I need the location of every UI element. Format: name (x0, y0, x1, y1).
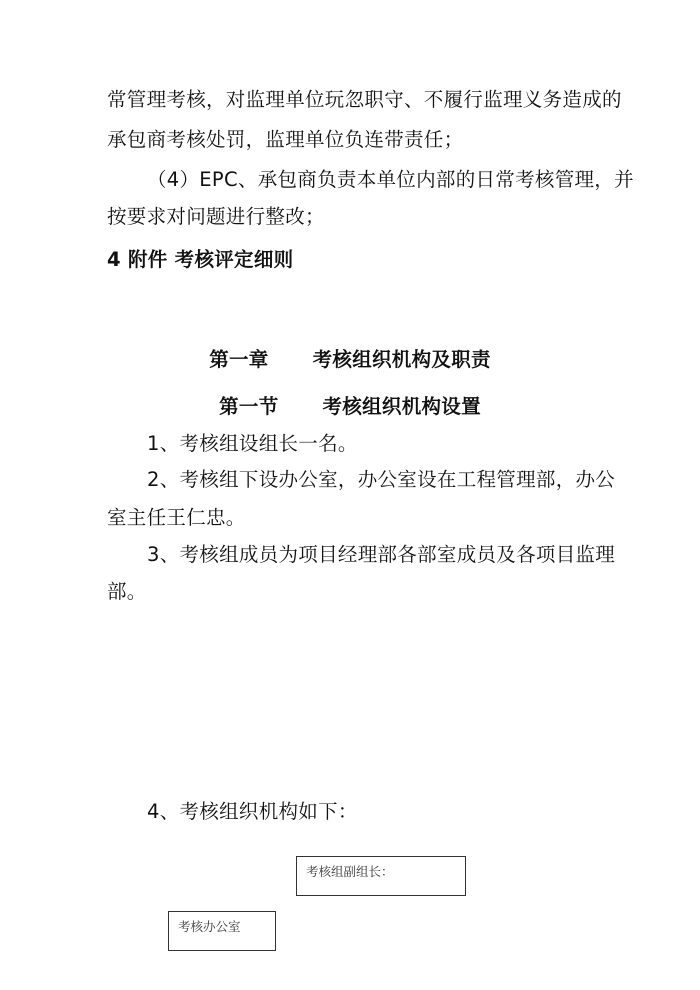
paragraph-line: （4）EPC、承包商负责本单位内部的日常考核管理，并 (147, 168, 634, 192)
chapter-heading: 第一章考核组织机构及职责 (0, 348, 700, 372)
paragraph-line: 承包商考核处罚，监理单位负连带责任； (107, 128, 463, 152)
list-item-3-cont: 部。 (107, 580, 147, 604)
section-number: 第一节 (219, 395, 278, 418)
paragraph-line: 常管理考核，对监理单位玩忽职守、不履行监理义务造成的 (107, 88, 622, 112)
appendix-heading: 4 附件 考核评定细则 (107, 248, 293, 272)
list-item-2-cont: 室主任王仁忠。 (107, 506, 246, 530)
list-item-3: 3、考核组成员为项目经理部各部室成员及各项目监理 (147, 543, 615, 567)
list-item-1: 1、考核组设组长一名。 (147, 432, 358, 456)
list-item-4: 4、考核组织机构如下： (147, 800, 358, 824)
paragraph-line: 按要求对问题进行整改； (107, 205, 325, 229)
org-box-deputy-leader: 考核组副组长： (296, 856, 466, 896)
org-box-label: 考核组副组长： (306, 862, 394, 880)
chapter-title: 考核组织机构及职责 (313, 348, 491, 371)
section-title: 考核组织机构设置 (323, 395, 481, 418)
org-box-label: 考核办公室 (178, 917, 241, 935)
chapter-number: 第一章 (209, 348, 268, 371)
org-box-office: 考核办公室 (168, 911, 276, 951)
section-heading: 第一节考核组织机构设置 (0, 395, 700, 419)
list-item-2: 2、考核组下设办公室，办公室设在工程管理部，办公 (147, 468, 615, 492)
